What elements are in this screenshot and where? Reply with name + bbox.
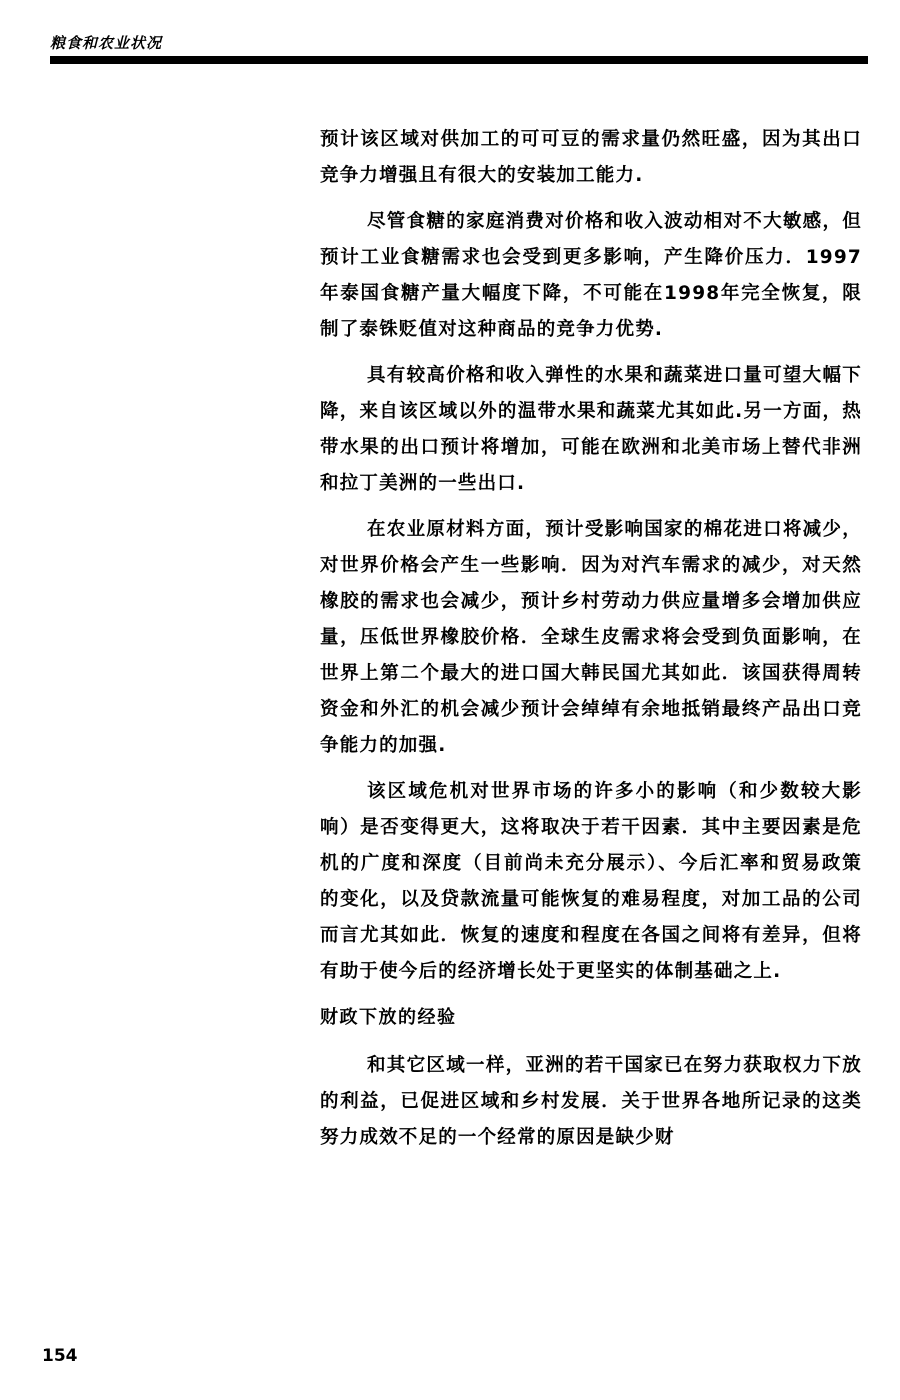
body-text-column: 预计该区域对供加工的可可豆的需求量仍然旺盛，因为其出口竞争力增强且有很大的安装加… <box>320 122 862 1156</box>
paragraph-crisis-impact: 该区域危机对世界市场的许多小的影响（和少数较大影响）是否变得更大，这将取决于若干… <box>320 774 862 990</box>
header-rule <box>50 56 868 64</box>
paragraph-fruit-vegetables: 具有较高价格和收入弹性的水果和蔬菜进口量可望大幅下降，来自该区域以外的温带水果和… <box>320 358 862 502</box>
running-head: 粮食和农业状况 <box>50 32 162 53</box>
page-number: 154 <box>42 1346 78 1366</box>
paragraph-sugar: 尽管食糖的家庭消费对价格和收入波动相对不大敏感，但预计工业食糖需求也会受到更多影… <box>320 204 862 348</box>
section-heading: 财政下放的经验 <box>320 1000 862 1036</box>
paragraph-raw-materials: 在农业原材料方面，预计受影响国家的棉花进口将减少，对世界价格会产生一些影响．因为… <box>320 512 862 764</box>
paragraph-cocoa-demand: 预计该区域对供加工的可可豆的需求量仍然旺盛，因为其出口竞争力增强且有很大的安装加… <box>320 122 862 194</box>
paragraph-decentralization: 和其它区域一样，亚洲的若干国家已在努力获取权力下放的利益，已促进区域和乡村发展．… <box>320 1048 862 1156</box>
